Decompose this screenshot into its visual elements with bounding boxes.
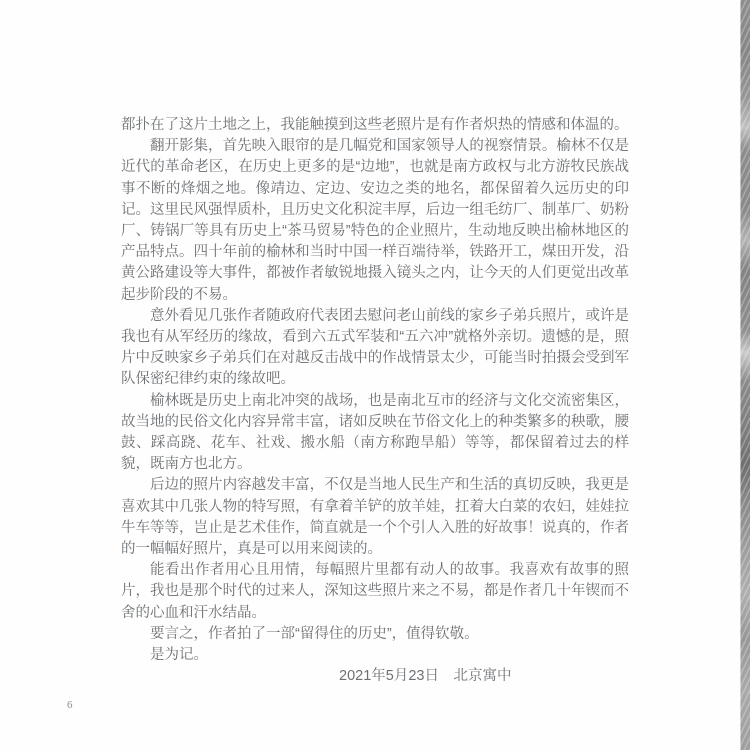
paragraph: 意外看见几张作者随政府代表团去慰问老山前线的家乡子弟兵照片，或许是我也有从军经历… [121, 306, 629, 391]
paragraph-continuation: 都扑在了这片土地之上，我能触摸到这些老照片是有作者炽热的情感和体温的。 [121, 115, 629, 136]
paragraph: 能看出作者用心且用情，每幅照片里都有动人的故事。我喜欢有故事的照片，我也是那个时… [121, 560, 629, 624]
paragraph: 后边的照片内容越发丰富，不仅是当地人民生产和生活的真切反映，我更是喜欢其中几张人… [121, 475, 629, 560]
paragraph: 要言之，作者拍了一部“留得住的历史”，值得钦敬。 [121, 624, 629, 645]
page-number: 6 [67, 699, 73, 711]
text-column: 都扑在了这片土地之上，我能触摸到这些老照片是有作者炽热的情感和体温的。 翻开影集… [121, 115, 629, 687]
paragraph-closing: 是为记。 [121, 645, 629, 666]
dateline: 2021年5月23日 北京寓中 [121, 666, 629, 687]
book-edge-texture [740, 0, 750, 750]
book-page: 都扑在了这片土地之上，我能触摸到这些老照片是有作者炽热的情感和体温的。 翻开影集… [0, 0, 750, 750]
paragraph: 榆林既是历史上南北冲突的战场，也是南北互市的经济与文化交流密集区，故当地的民俗文… [121, 391, 629, 476]
paragraph: 翻开影集，首先映入眼帘的是几幅党和国家领导人的视察情景。榆林不仅是近代的革命老区… [121, 136, 629, 306]
